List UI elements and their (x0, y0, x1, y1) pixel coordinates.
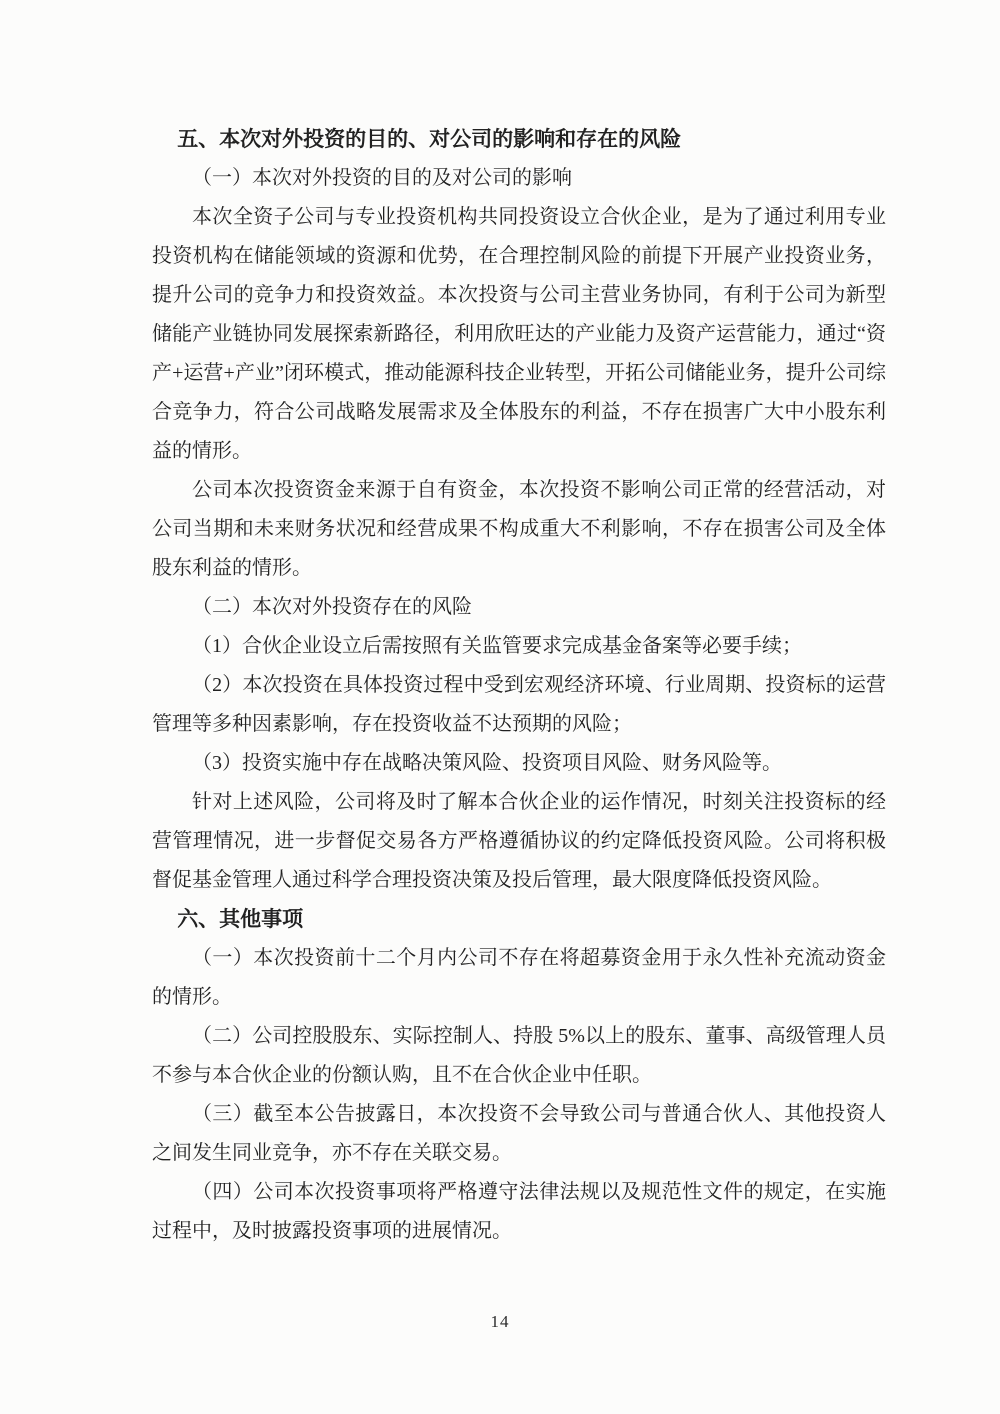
section-heading-five: 五、本次对外投资的目的、对公司的影响和存在的风险 (152, 120, 886, 159)
page-number: 14 (0, 1312, 1000, 1332)
paragraph-funding-source: 公司本次投资资金来源于自有资金，本次投资不影响公司正常的经营活动，对公司当期和未… (152, 471, 886, 588)
paragraph-risk-2: （2）本次投资在具体投资过程中受到宏观经济环境、行业周期、投资标的运营管理等多种… (152, 666, 886, 744)
paragraph-other-matters-1: （一）本次投资前十二个月内公司不存在将超募资金用于永久性补充流动资金的情形。 (152, 939, 886, 1017)
paragraph-other-matters-4: （四）公司本次投资事项将严格遵守法律法规以及规范性文件的规定，在实施过程中，及时… (152, 1173, 886, 1251)
paragraph-risk-3: （3）投资实施中存在战略决策风险、投资项目风险、财务风险等。 (152, 744, 886, 783)
document-page: 五、本次对外投资的目的、对公司的影响和存在的风险 （一）本次对外投资的目的及对公… (0, 0, 1000, 1414)
subheading-purpose-influence: （一）本次对外投资的目的及对公司的影响 (152, 159, 886, 198)
subheading-investment-risks: （二）本次对外投资存在的风险 (152, 588, 886, 627)
document-content: 五、本次对外投资的目的、对公司的影响和存在的风险 （一）本次对外投资的目的及对公… (152, 120, 886, 1251)
paragraph-investment-purpose: 本次全资子公司与专业投资机构共同投资设立合伙企业，是为了通过利用专业投资机构在储… (152, 198, 886, 471)
paragraph-risk-measures: 针对上述风险，公司将及时了解本合伙企业的运作情况，时刻关注投资标的经营管理情况，… (152, 783, 886, 900)
section-heading-six: 六、其他事项 (152, 900, 886, 939)
paragraph-risk-1: （1）合伙企业设立后需按照有关监管要求完成基金备案等必要手续； (152, 627, 886, 666)
paragraph-other-matters-3: （三）截至本公告披露日，本次投资不会导致公司与普通合伙人、其他投资人之间发生同业… (152, 1095, 886, 1173)
paragraph-other-matters-2: （二）公司控股股东、实际控制人、持股 5%以上的股东、董事、高级管理人员不参与本… (152, 1017, 886, 1095)
